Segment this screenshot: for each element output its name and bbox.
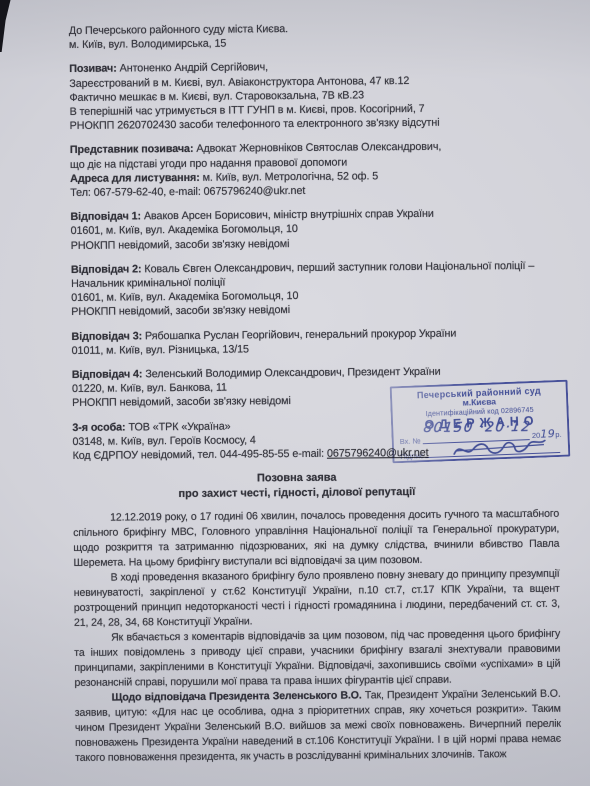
stamp-entry-label: Вх. № (400, 436, 421, 446)
address-block: Відповідач 2: Коваль Євген Олександрович… (71, 259, 559, 320)
document-photo: До Печерського районного суду міста Києв… (0, 0, 590, 786)
body-paragraph: 12.12.2019 року, о 17 годині 06 хвилин, … (73, 507, 560, 571)
handwritten-signature (452, 435, 549, 461)
stamp-border: Печерський районний суд м.Києва Ідентифі… (390, 380, 571, 464)
address-line: м. Київ, вул. Володимирська, 15 (69, 34, 557, 52)
address-block: Відповідач 3: Рябошапка Руслан Георгійов… (71, 325, 559, 358)
address-line: РНОКПП 2620702430 засоби телефонного та … (70, 115, 558, 133)
body-paragraph: Щодо відповідача Президента Зеленського … (75, 687, 562, 766)
body-paragraph: В ході проведення вказаного брифінгу бул… (74, 567, 561, 631)
address-line: 01011, м. Київ, вул. Різницька, 13/15 (72, 340, 560, 358)
body-paragraph: Як вбачається з коментарів відповідачів … (74, 627, 561, 691)
document-title: Позовна заява про захист честі, гідності… (73, 469, 521, 503)
address-line: РНОКПП невідомий, засоби зв'язку невідом… (71, 301, 559, 319)
address-line: Тел: 067-579-62-40, e-mail: 0675796240@u… (70, 182, 558, 200)
address-block: Позивач: Антоненко Андрій Сергійович,Зар… (69, 58, 558, 133)
stamp-handwritten-number: 80150 ·20·12 (423, 423, 573, 434)
address-block: Відповідач 1: Аваков Арсен Борисович, мі… (70, 206, 558, 253)
title-line-2: про захист честі, гідності, ділової репу… (73, 484, 521, 503)
address-block: Представник позивача: Адвокат Жерновніко… (70, 139, 558, 200)
stamp-signature-label: Підпис (400, 451, 424, 461)
address-block: До Печерського районного суду міста Києв… (69, 20, 557, 53)
body-paragraphs: 12.12.2019 року, о 17 годині 06 хвилин, … (73, 507, 563, 766)
court-received-stamp: Печерський районний суд м.Києва Ідентифі… (390, 380, 571, 464)
